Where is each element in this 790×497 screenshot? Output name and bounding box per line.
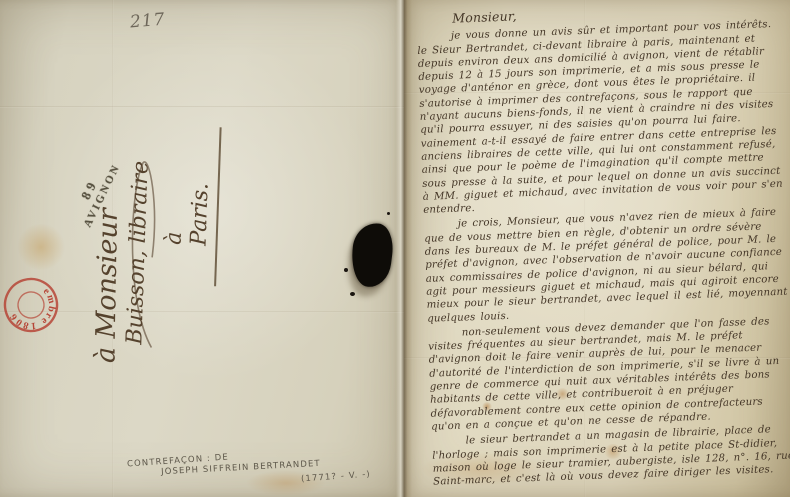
- red-date-stamp: embre 1806: [0, 266, 70, 344]
- ink-speck: [344, 268, 348, 272]
- letter-page: 1119 Monsieur, je vous donne un avis sûr…: [404, 0, 790, 497]
- stain: [16, 224, 66, 270]
- ink-blot: [348, 221, 396, 289]
- fold-crease: [0, 106, 404, 108]
- address-panel: 217 89 AVIGNON à Monsieur Buisson, libra…: [0, 0, 404, 497]
- letter-paragraph-2: je crois, Monsieur, que vous n'avez rien…: [424, 206, 790, 326]
- ink-speck: [350, 292, 355, 296]
- dealer-caption-line3: (1771? - V. -): [301, 470, 371, 485]
- ink-speck: [387, 212, 390, 215]
- page-fold-seam: [396, 0, 412, 497]
- letter-paragraph-4: le sieur bertrandet a un magasin de libr…: [432, 423, 790, 490]
- letter-body: Monsieur, je vous donne un avis sûr et i…: [416, 0, 790, 489]
- letter-paragraph-1: je vous donne un avis sûr et important p…: [417, 18, 790, 217]
- address-line-paris: à Paris.: [160, 126, 222, 287]
- letter-paragraph-3: non-seulement vous devez demander que l'…: [428, 314, 790, 434]
- pencil-number-top-left: 217: [129, 9, 166, 32]
- letter-photograph: 217 89 AVIGNON à Monsieur Buisson, libra…: [0, 0, 790, 497]
